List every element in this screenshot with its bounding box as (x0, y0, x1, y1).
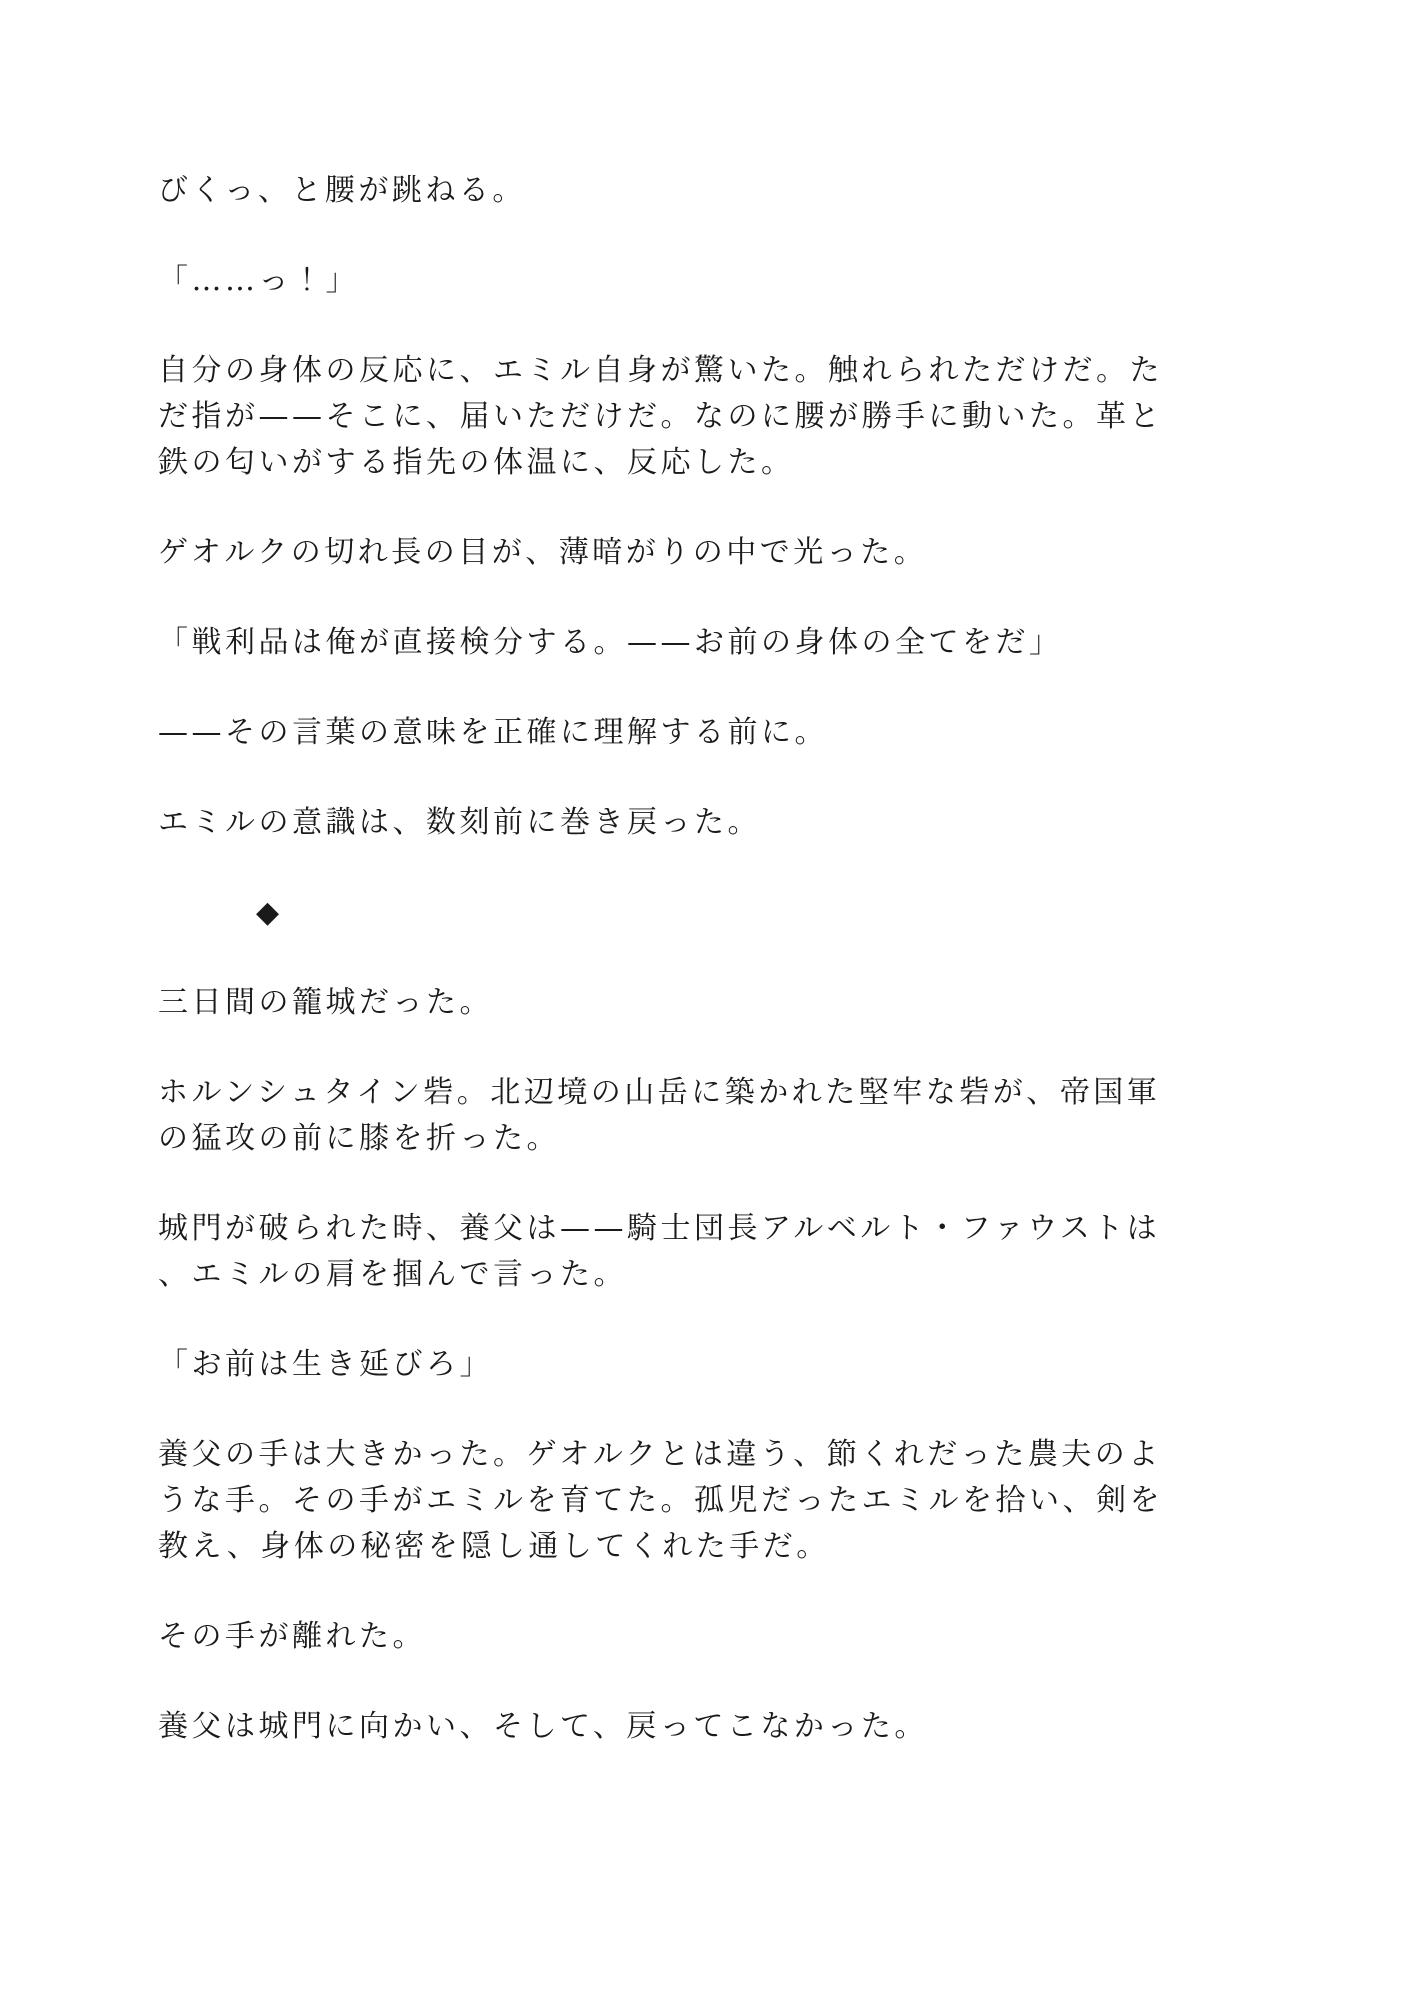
paragraph: 自分の身体の反応に、エミル自身が驚いた。触れられただけだ。ただ指が——そこに、届… (158, 348, 1164, 486)
paragraph: 養父は城門に向かい、そして、戻ってこなかった。 (158, 1704, 1164, 1750)
paragraph: 城門が破られた時、養父は——騎士団長アルベルト・ファウストは、エミルの肩を掴んで… (158, 1206, 1164, 1298)
paragraph: びくっ、と腰が跳ねる。 (158, 168, 1164, 214)
paragraph: その手が離れた。 (158, 1614, 1164, 1660)
paragraph: 「戦利品は俺が直接検分する。——お前の身体の全てをだ」 (158, 620, 1164, 666)
paragraph: ホルンシュタイン砦。北辺境の山岳に築かれた堅牢な砦が、帝国軍の猛攻の前に膝を折っ… (158, 1070, 1164, 1162)
paragraph: 「……っ！」 (158, 258, 1164, 304)
paragraph: ゲオルクの切れ長の目が、薄暗がりの中で光った。 (158, 530, 1164, 576)
novel-text-column: びくっ、と腰が跳ねる。「……っ！」自分の身体の反応に、エミル自身が驚いた。触れら… (158, 168, 1164, 1750)
paragraph: ——その言葉の意味を正確に理解する前に。 (158, 710, 1164, 756)
novel-page: びくっ、と腰が跳ねる。「……っ！」自分の身体の反応に、エミル自身が驚いた。触れら… (0, 0, 1415, 2000)
paragraph: エミルの意識は、数刻前に巻き戻った。 (158, 800, 1164, 846)
scene-break-marker: ◆ (158, 890, 1164, 936)
paragraph: 三日間の籠城だった。 (158, 980, 1164, 1026)
paragraph: 養父の手は大きかった。ゲオルクとは違う、節くれだった農夫のような手。その手がエミ… (158, 1432, 1164, 1570)
paragraph: 「お前は生き延びろ」 (158, 1342, 1164, 1388)
